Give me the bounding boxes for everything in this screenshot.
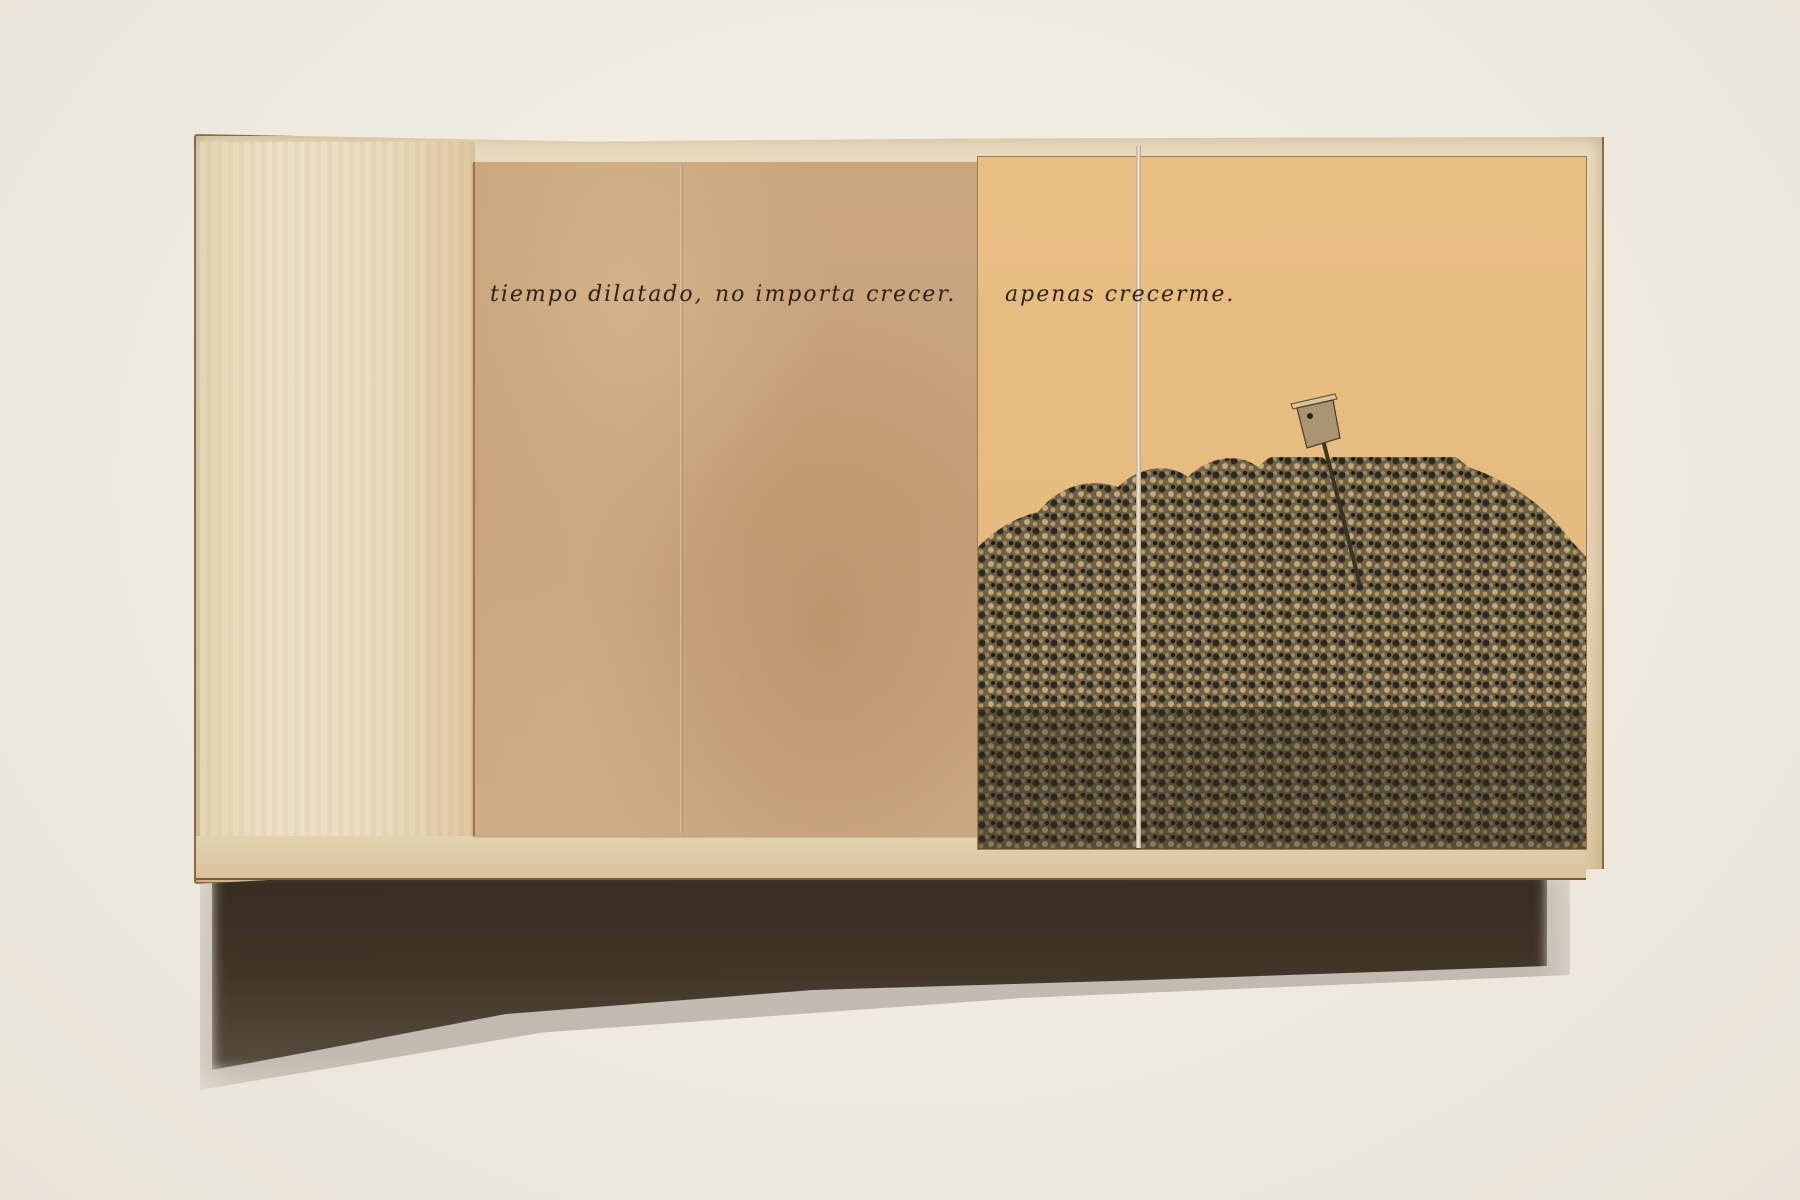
sheet-crease xyxy=(680,165,683,833)
sepia-photograph xyxy=(977,156,1587,850)
book-spine-fold xyxy=(1136,146,1141,848)
cream-paper-strip xyxy=(200,142,475,872)
handwritten-text: tiempo dilatado, no importa crecer. apen… xyxy=(490,278,1290,318)
brown-tissue-sheet xyxy=(473,162,978,836)
birdhouse-icon xyxy=(1285,390,1365,590)
handwriting-segment-2: no importa crecer. xyxy=(715,282,956,307)
trees-illustration xyxy=(978,457,1586,850)
handwriting-segment-3: apenas crecerme. xyxy=(1005,282,1235,307)
handwriting-segment-1: tiempo dilatado, xyxy=(490,282,704,307)
